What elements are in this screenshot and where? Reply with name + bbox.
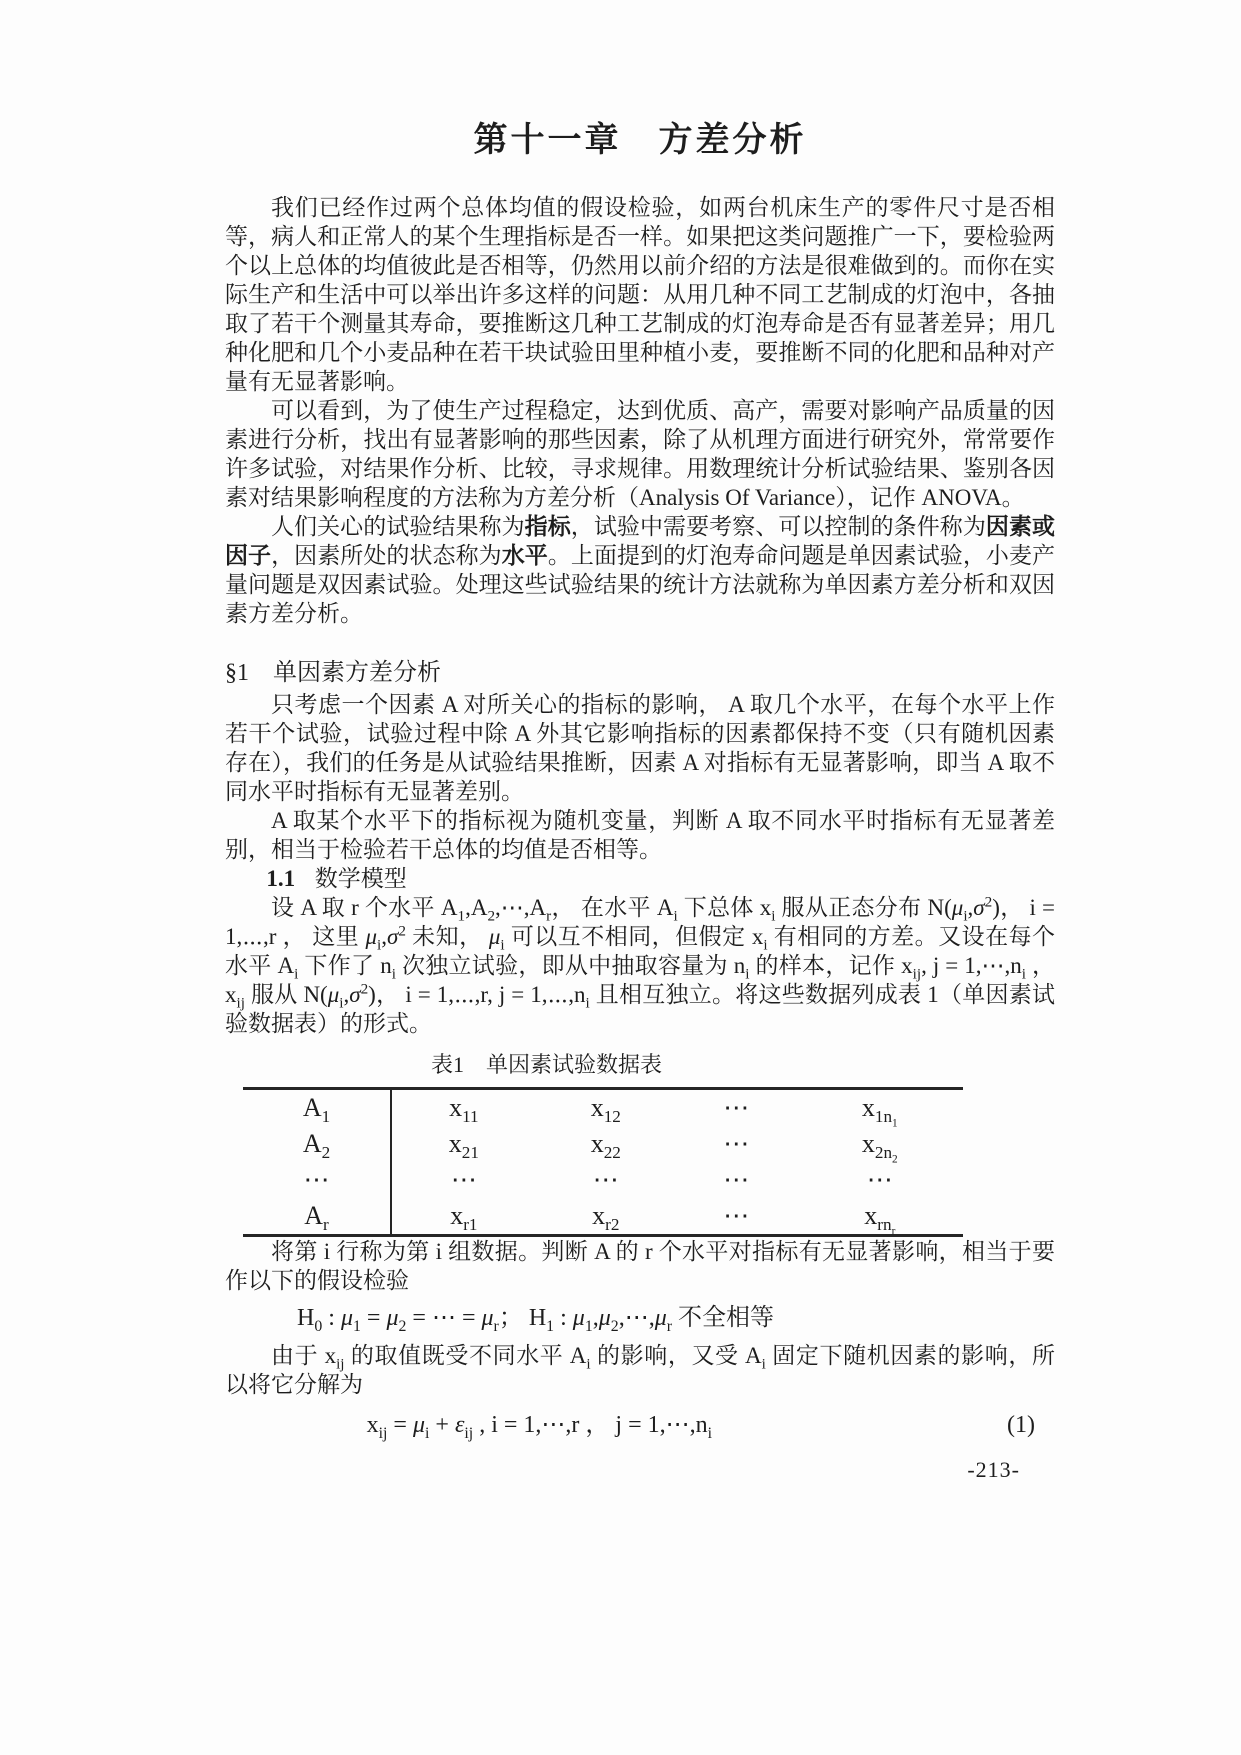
- table-cell: x2n2: [797, 1126, 963, 1162]
- table-row: A1 x11 x12 ⋯ x1n1: [243, 1089, 963, 1127]
- subsection-number: 1.1: [266, 866, 295, 891]
- paragraph-decompose: 由于 xij 的取值既受不同水平 Ai 的影响，又受 Ai 固定下随机因素的影响…: [225, 1341, 1055, 1399]
- table-cell-level: A2: [243, 1126, 391, 1162]
- table-row: A2 x21 x22 ⋯ x2n2: [243, 1126, 963, 1162]
- table-cell: ⋯: [676, 1162, 797, 1198]
- table-cell: x21: [391, 1126, 536, 1162]
- table-cell: x22: [536, 1126, 676, 1162]
- table-row: ⋯ ⋯ ⋯ ⋯ ⋯: [243, 1162, 963, 1198]
- table-cell: ⋯: [676, 1089, 797, 1127]
- table-cell: xrnr: [797, 1198, 963, 1236]
- table-cell: ⋯: [391, 1162, 536, 1198]
- equation-1-body: xij = μi + εij , i = 1,⋯,r ， j = 1,⋯,ni: [367, 1405, 712, 1445]
- table-cell: xr1: [391, 1198, 536, 1236]
- table-cell: ⋯: [797, 1162, 963, 1198]
- table-cell-level: Ar: [243, 1198, 391, 1236]
- page-number: -213-: [225, 1457, 1055, 1483]
- paragraph-math-model: 设 A 取 r 个水平 A1,A2,⋯,Ar， 在水平 Ai 下总体 xi 服从…: [225, 893, 1055, 1038]
- paragraph-factor-overview: 只考虑一个因素 A 对所关心的指标的影响， A 取几个水平，在每个水平上作若干个…: [225, 690, 1055, 806]
- paragraph-groups: 将第 i 行称为第 i 组数据。判断 A 的 r 个水平对指标有无显著影响，相当…: [225, 1237, 1055, 1295]
- hypothesis-formula: H0 : μ1 = μ2 = ⋯ = μr； H1 : μ1,μ2,⋯,μr 不…: [225, 1297, 1055, 1339]
- table-cell-level: A1: [243, 1089, 391, 1127]
- chapter-title: 第十一章 方差分析: [225, 112, 1055, 161]
- paragraph-levels: A 取某个水平下的指标视为随机变量，判断 A 取不同水平时指标有无显著差别，相当…: [225, 806, 1055, 864]
- single-factor-data-table: A1 x11 x12 ⋯ x1n1 A2 x21 x22 ⋯ x2n2 ⋯ ⋯ …: [243, 1087, 963, 1237]
- table-cell: ⋯: [536, 1162, 676, 1198]
- table-cell: x12: [536, 1089, 676, 1127]
- table-row: Ar xr1 xr2 ⋯ xrnr: [243, 1198, 963, 1236]
- equation-1: xij = μi + εij , i = 1,⋯,r ， j = 1,⋯,ni …: [225, 1405, 1055, 1445]
- table-caption: 表1 单因素试验数据表: [431, 1048, 1055, 1079]
- section-1-heading: §1 单因素方差分析: [225, 658, 1055, 688]
- table-cell: xr2: [536, 1198, 676, 1236]
- subsection-title: 数学模型: [315, 866, 407, 891]
- table-cell: x1n1: [797, 1089, 963, 1127]
- document-page: 第十一章 方差分析 我们已经作过两个总体均值的假设检验，如两台机床生产的零件尺寸…: [0, 0, 1241, 1755]
- paragraph-intro-2: 可以看到，为了使生产过程稳定，达到优质、高产，需要对影响产品质量的因素进行分析，…: [225, 396, 1055, 512]
- table-cell: ⋯: [676, 1198, 797, 1236]
- table-cell-level: ⋯: [243, 1162, 391, 1198]
- equation-1-number: (1): [1007, 1405, 1035, 1445]
- paragraph-intro-3: 人们关心的试验结果称为指标，试验中需要考察、可以控制的条件称为因素或因子，因素所…: [225, 512, 1055, 628]
- subsection-1-1-heading: 1.1数学模型: [225, 864, 1055, 893]
- paragraph-intro-1: 我们已经作过两个总体均值的假设检验，如两台机床生产的零件尺寸是否相等，病人和正常…: [225, 193, 1055, 396]
- table-cell: ⋯: [676, 1126, 797, 1162]
- table-cell: x11: [391, 1089, 536, 1127]
